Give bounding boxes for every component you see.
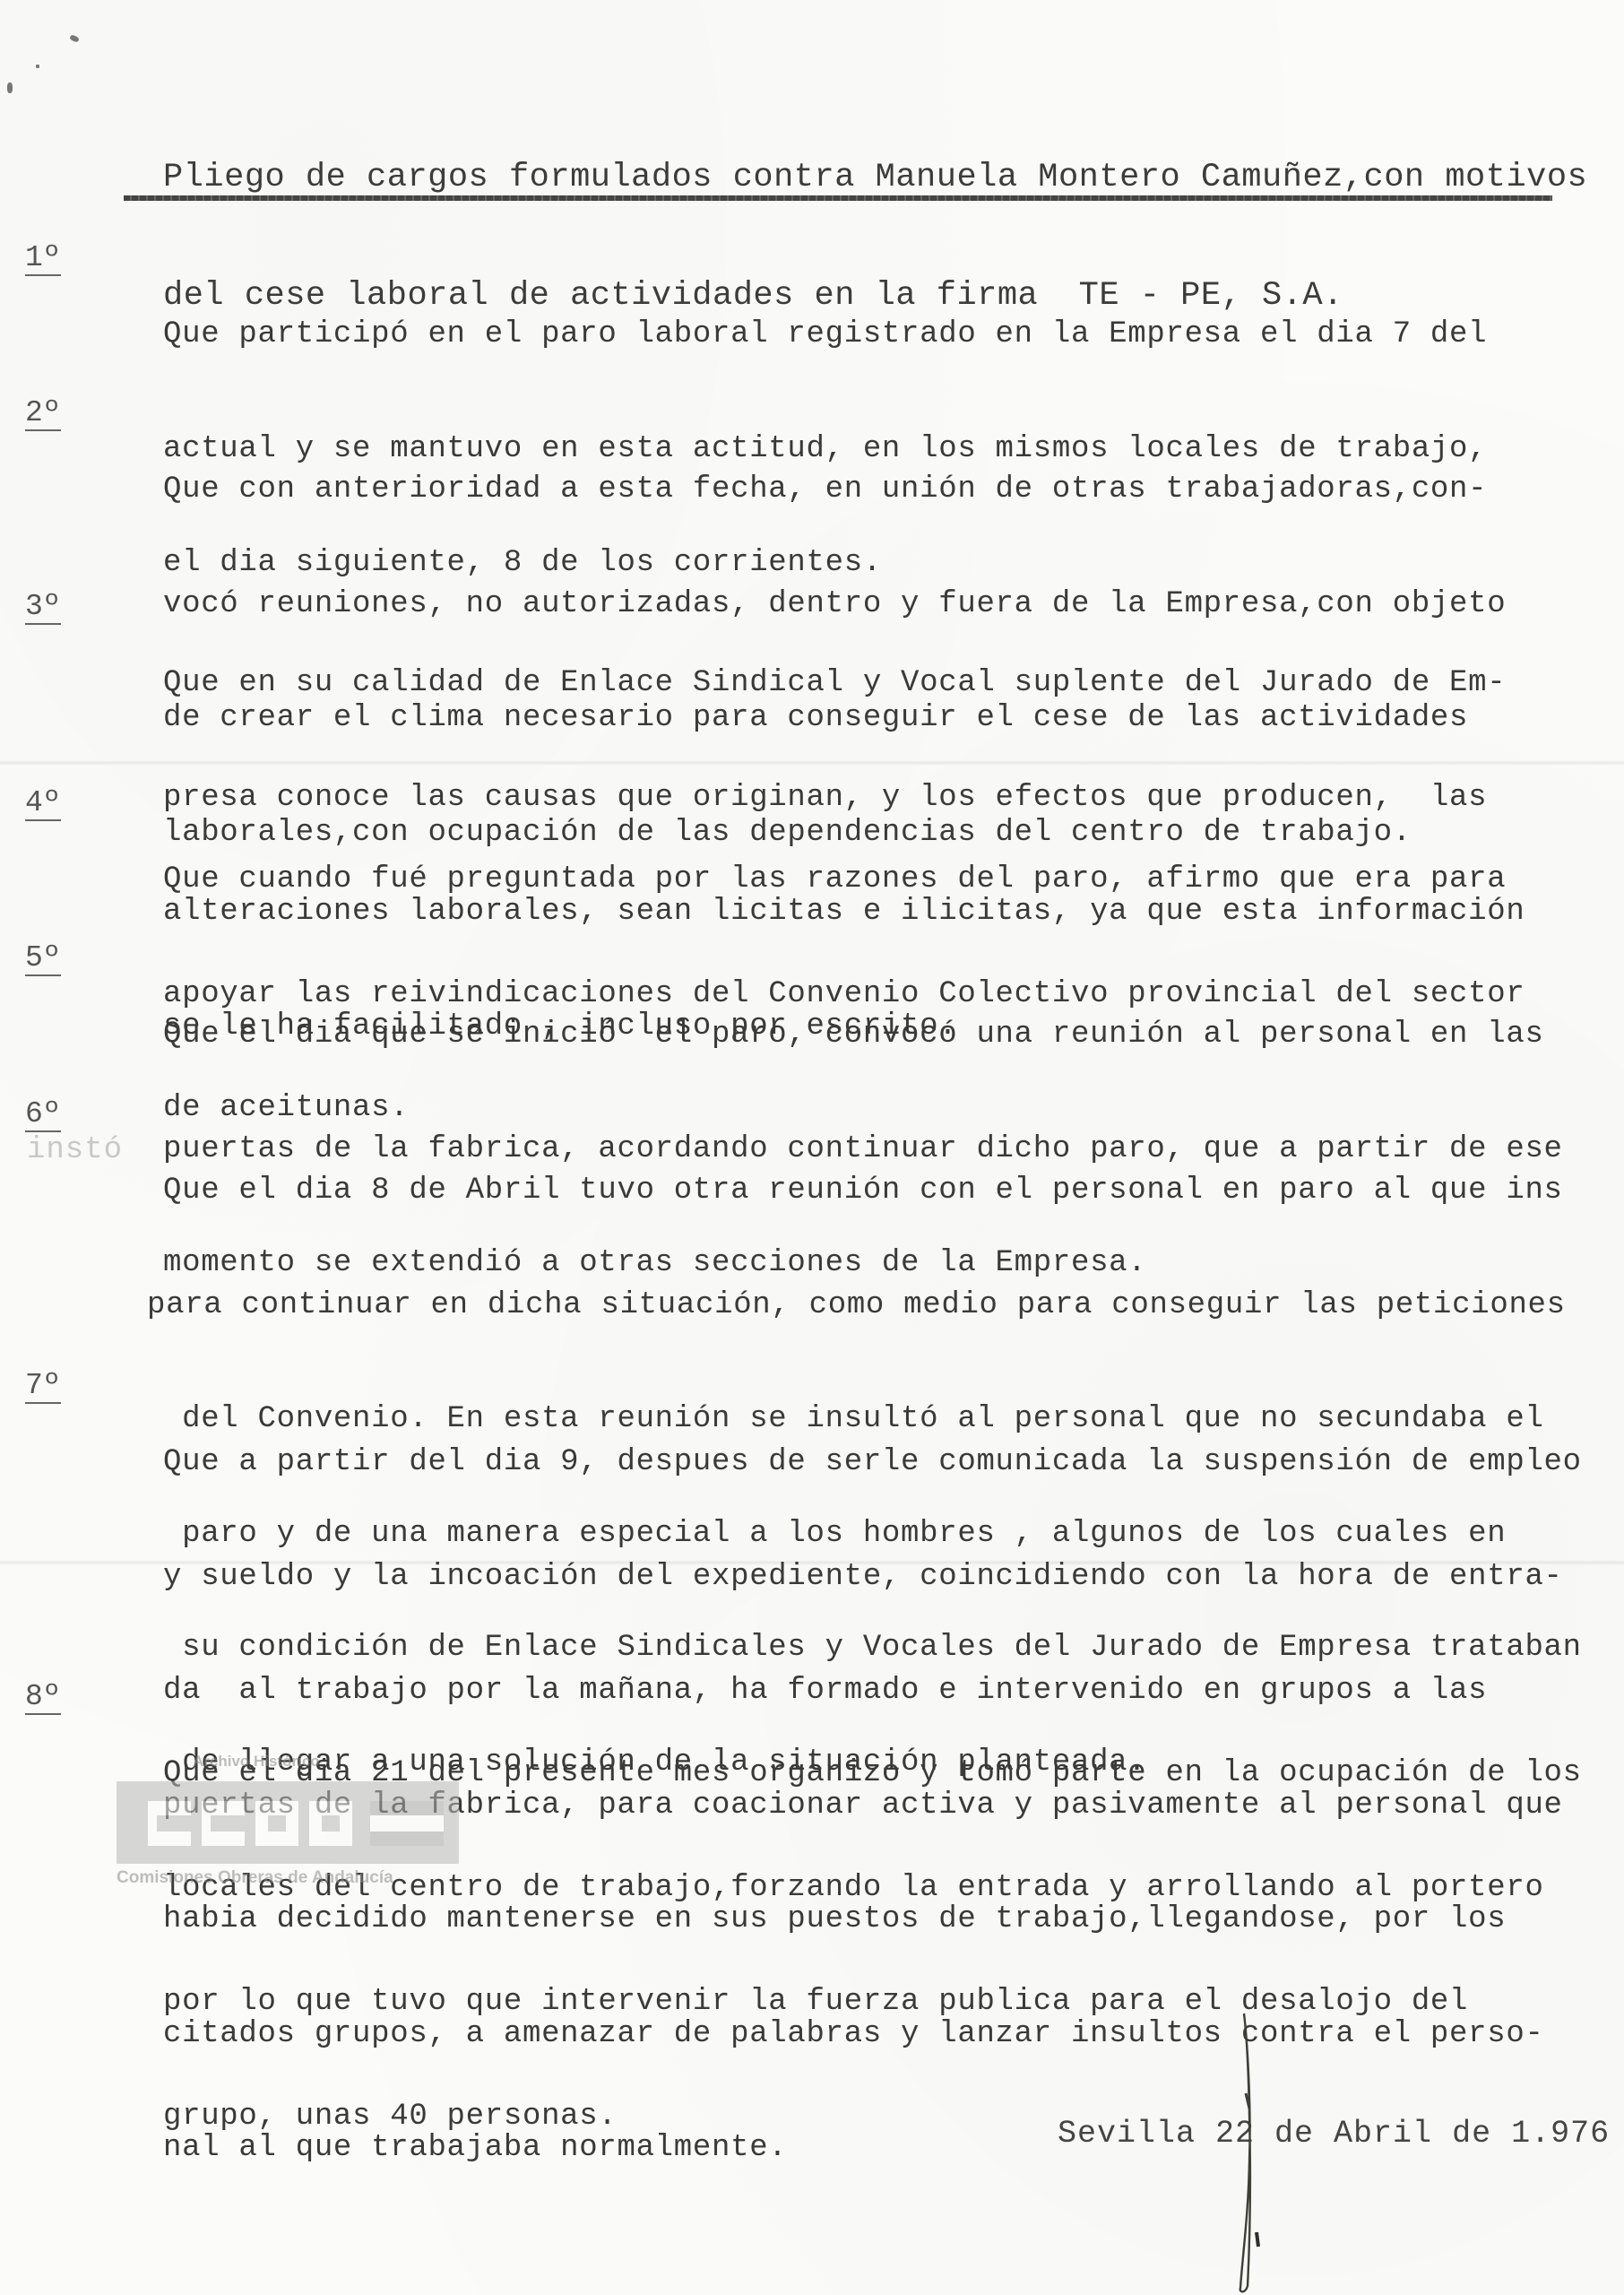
logo-letter-c	[148, 1801, 191, 1846]
text-line: y sueldo y la incoación del expediente, …	[163, 1558, 1624, 1597]
text-line: Que participó en el paro laboral registr…	[163, 316, 1624, 354]
ccoo-logo-icon	[117, 1781, 459, 1864]
signature-icon	[1219, 2008, 1273, 2295]
watermark-bottom-label: Comisiones Obreras de Andalucía	[117, 1868, 393, 1888]
charge-number: 2º	[25, 394, 61, 432]
charge-number: 6º	[25, 1096, 61, 1133]
text-line: Que con anterioridad a esta fecha, en un…	[163, 471, 1624, 509]
text-line: Que a partir del dia 9, despues de serle…	[163, 1443, 1624, 1482]
paper-speck	[36, 65, 39, 68]
paper-speck	[7, 82, 13, 93]
charge-number: 3º	[25, 588, 61, 626]
text-line: Que el dia 8 de Abril tuvo otra reunión …	[163, 1172, 1624, 1210]
logo-flag-icon	[370, 1801, 444, 1846]
title-divider	[124, 195, 1552, 201]
text-line: para continuar en dicha situación, como …	[147, 1286, 1624, 1325]
text-line: Que cuando fué preguntada por las razone…	[163, 861, 1624, 899]
charge-number: 7º	[25, 1367, 61, 1405]
logo-letter-c	[202, 1801, 245, 1846]
document-page: Pliego de cargos formulados contra Manue…	[0, 0, 1624, 2295]
archive-watermark: Archivo Histórico Comisiones Obreras de …	[117, 1748, 466, 1892]
logo-letter-o	[255, 1801, 298, 1846]
title-line: Pliego de cargos formulados contra Manue…	[163, 158, 1561, 197]
watermark-top-label: Archivo Histórico	[193, 1753, 320, 1771]
charge-number: 4º	[25, 784, 61, 822]
text-line: por lo que tuvo que intervenir la fuerza…	[163, 1983, 1624, 2022]
charge-number: 5º	[25, 940, 61, 977]
date-line: Sevilla 22 de Abril de 1.976	[1058, 2116, 1610, 2152]
faint-margin-text: instó	[27, 1133, 123, 1167]
text-line: Que el dia que se inició el paro, convoc…	[163, 1016, 1624, 1054]
paper-speck	[69, 34, 80, 43]
logo-letter-o	[309, 1801, 352, 1846]
text-line: Que en su calidad de Enlace Sindical y V…	[163, 664, 1624, 703]
charge-number: 8º	[25, 1678, 61, 1716]
charge-number: 1º	[25, 239, 61, 277]
